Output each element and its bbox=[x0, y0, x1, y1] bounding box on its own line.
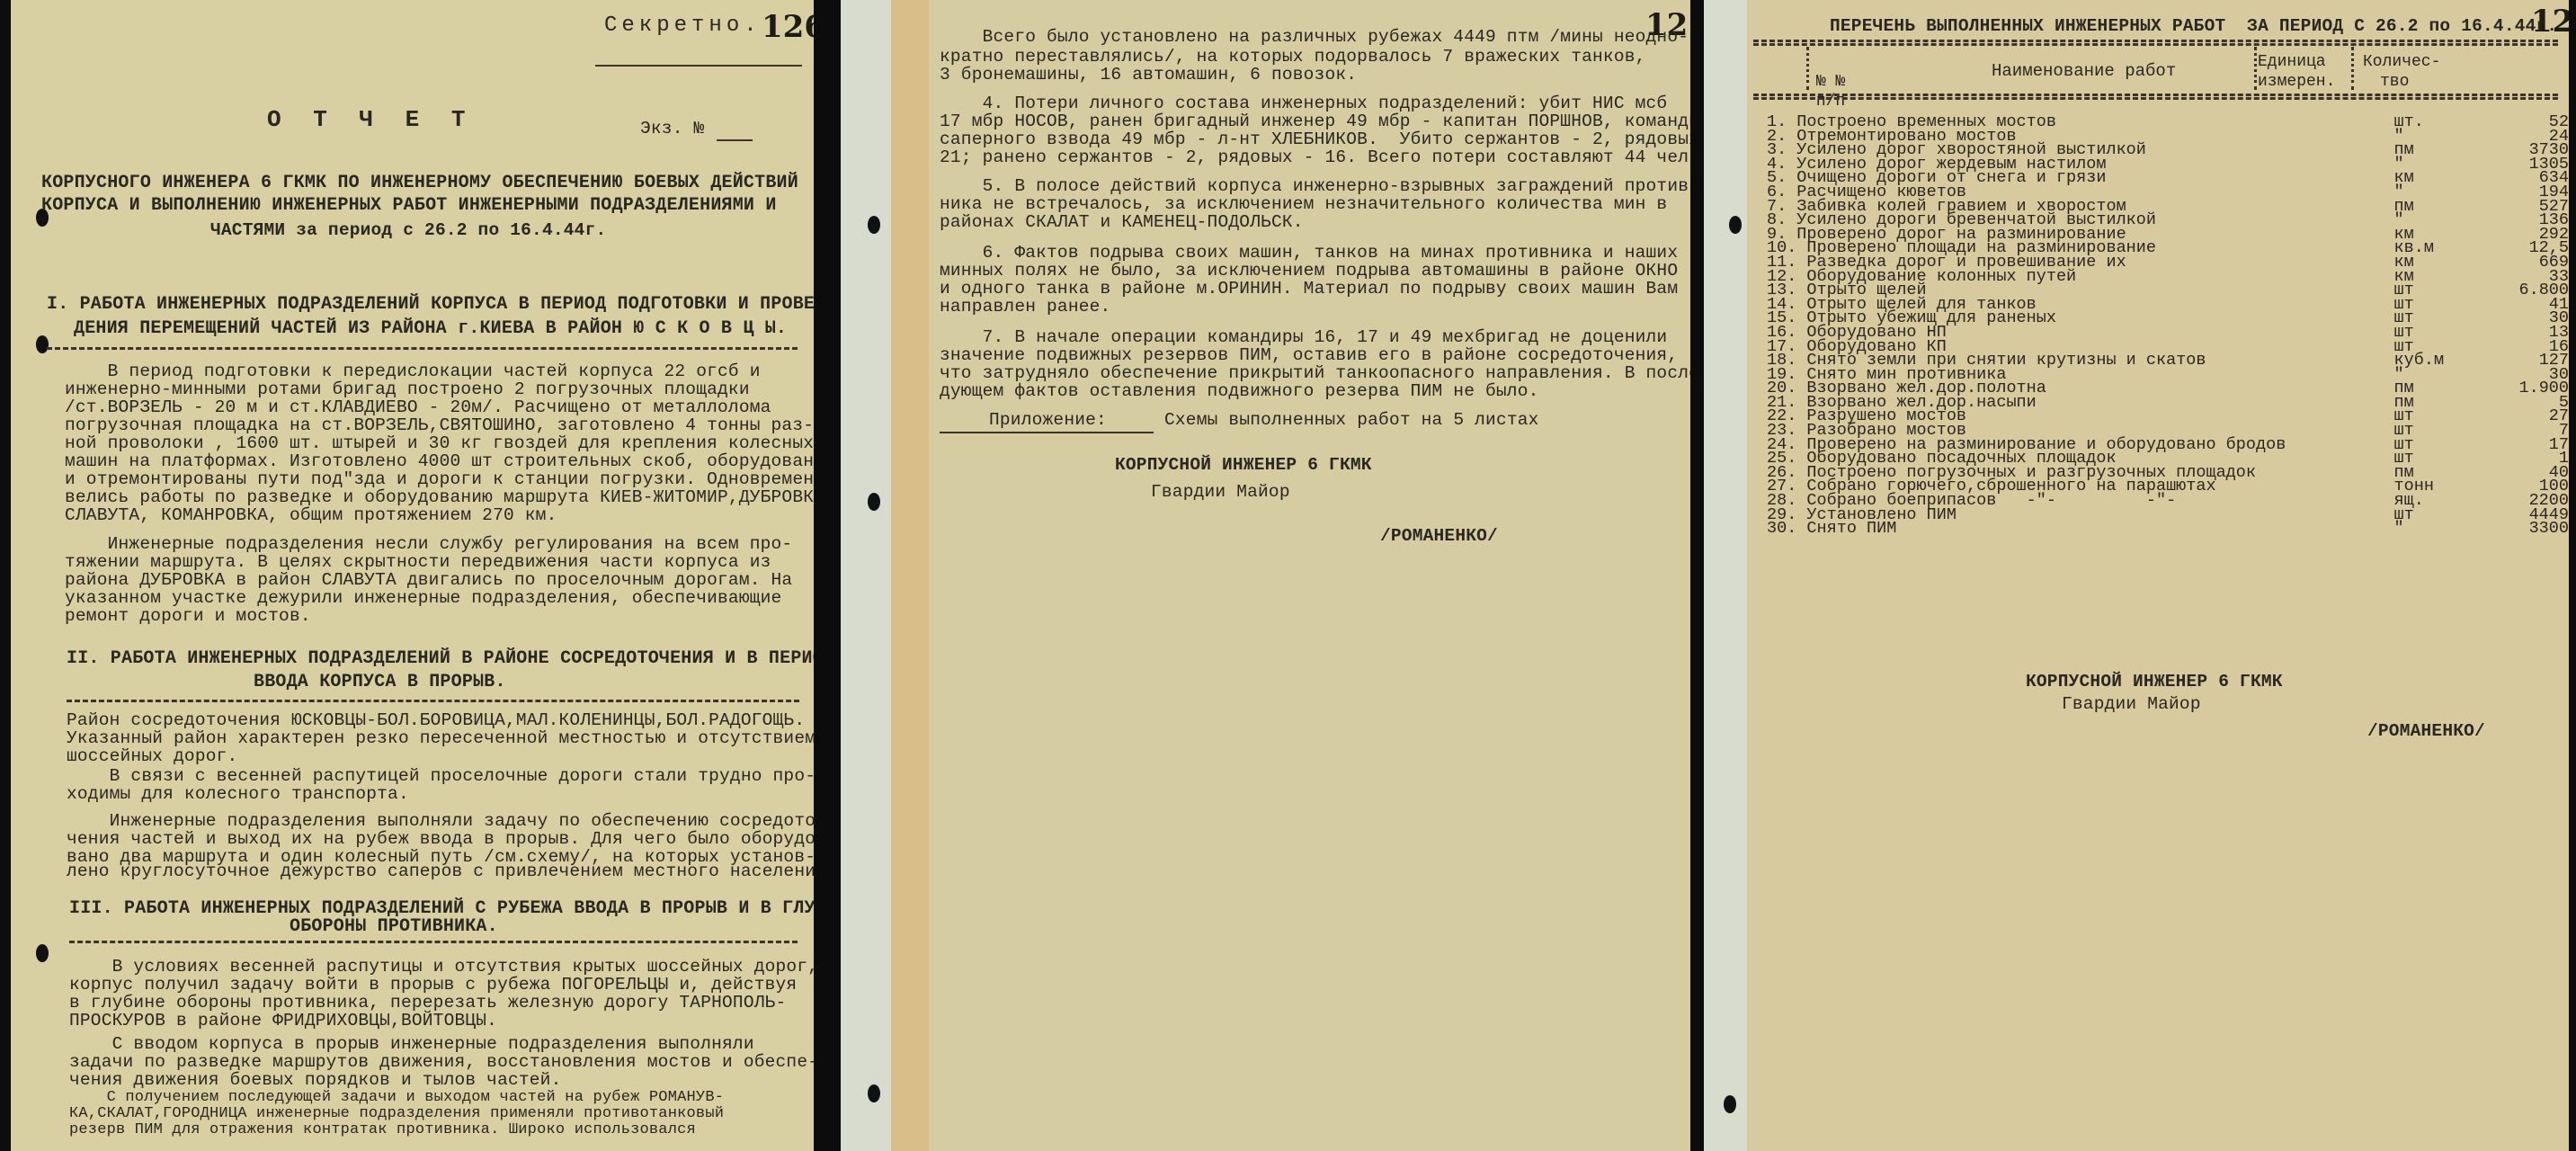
signatory-rank: Гвардии Майор bbox=[1151, 482, 1290, 502]
punch-hole bbox=[868, 216, 880, 234]
signatory-rank: Гвардии Майор bbox=[2062, 694, 2201, 714]
attachment-label: Приложение: bbox=[989, 410, 1107, 430]
col-qty-header: Количес- bbox=[2363, 52, 2440, 72]
punch-hole bbox=[36, 944, 49, 962]
signatory-position: КОРПУСНОЙ ИНЖЕНЕР 6 ГКМК bbox=[1115, 455, 1372, 475]
page-edge bbox=[891, 0, 929, 1151]
signatory-name: /РОМАНЕНКО/ bbox=[2367, 721, 2485, 741]
works-list-title: ПЕРЕЧЕНЬ ВЫПОЛНЕННЫХ ИНЖЕНЕРНЫХ РАБОТ ЗА… bbox=[1830, 16, 2557, 36]
report-title: О Т Ч Е Т bbox=[267, 110, 474, 129]
attachment-text: Схемы выполненных работ на 5 листах bbox=[1164, 410, 1539, 430]
copy-number-blank bbox=[717, 139, 753, 141]
unit-cell: куб.м bbox=[2394, 353, 2493, 368]
section-divider bbox=[47, 347, 798, 350]
punch-hole bbox=[1729, 216, 1742, 234]
report-page-2: 127 Всего было установлено на различных … bbox=[841, 0, 1690, 1151]
col-unit-header: Единица bbox=[2258, 52, 2326, 72]
signatory-name: /РОМАНЕНКО/ bbox=[1380, 526, 1498, 546]
work-name-cell: 30. Снято ПИМ bbox=[1767, 522, 2394, 536]
quantity-cell: 3300 bbox=[2492, 522, 2569, 536]
punch-hole bbox=[36, 335, 49, 353]
report-page-1: Секретно. 126 О Т Ч Е Т Экз. № КОРПУСНОГ… bbox=[11, 0, 814, 1151]
punch-hole bbox=[868, 1084, 880, 1102]
column-separator bbox=[1806, 47, 1809, 90]
table-row: 30. Снято ПИМ"3300 bbox=[1767, 522, 2569, 536]
copy-number-label: Экз. № bbox=[640, 119, 704, 138]
column-separator bbox=[2254, 47, 2257, 90]
quantity-cell: 17 bbox=[2492, 438, 2569, 452]
section-divider bbox=[67, 700, 799, 702]
table-top-rule bbox=[1753, 40, 2558, 42]
attachment-underline bbox=[940, 432, 1154, 433]
unit-cell: пм bbox=[2394, 200, 2493, 214]
works-table: 1. Построено временных мостовшт.522. Отр… bbox=[1767, 115, 2569, 536]
sheet-number: 126 bbox=[762, 9, 814, 45]
table-header-rule bbox=[1753, 94, 2558, 96]
punch-hole bbox=[1724, 1095, 1736, 1113]
unit-cell: шт. bbox=[2394, 115, 2493, 129]
section-divider bbox=[69, 941, 798, 943]
binding-strip bbox=[1704, 0, 1747, 1151]
unit-cell: пм bbox=[2394, 143, 2493, 157]
punch-hole bbox=[868, 493, 880, 511]
secret-stamp: Секретно. bbox=[604, 16, 762, 36]
unit-cell: шт bbox=[2394, 508, 2493, 522]
column-separator bbox=[2351, 47, 2354, 90]
signatory-position: КОРПУСНОЙ ИНЖЕНЕР 6 ГКМК bbox=[2026, 672, 2283, 691]
binding-strip bbox=[841, 0, 891, 1151]
unit-cell: км bbox=[2394, 171, 2493, 185]
quantity-cell: 27 bbox=[2492, 409, 2569, 424]
stamp-underline bbox=[595, 65, 802, 67]
quantity-cell: 1.900 bbox=[2492, 381, 2569, 396]
works-list-page: 128 ПЕРЕЧЕНЬ ВЫПОЛНЕННЫХ ИНЖЕНЕРНЫХ РАБО… bbox=[1704, 0, 2569, 1151]
col-name-header: Наименование работ bbox=[1992, 61, 2176, 81]
